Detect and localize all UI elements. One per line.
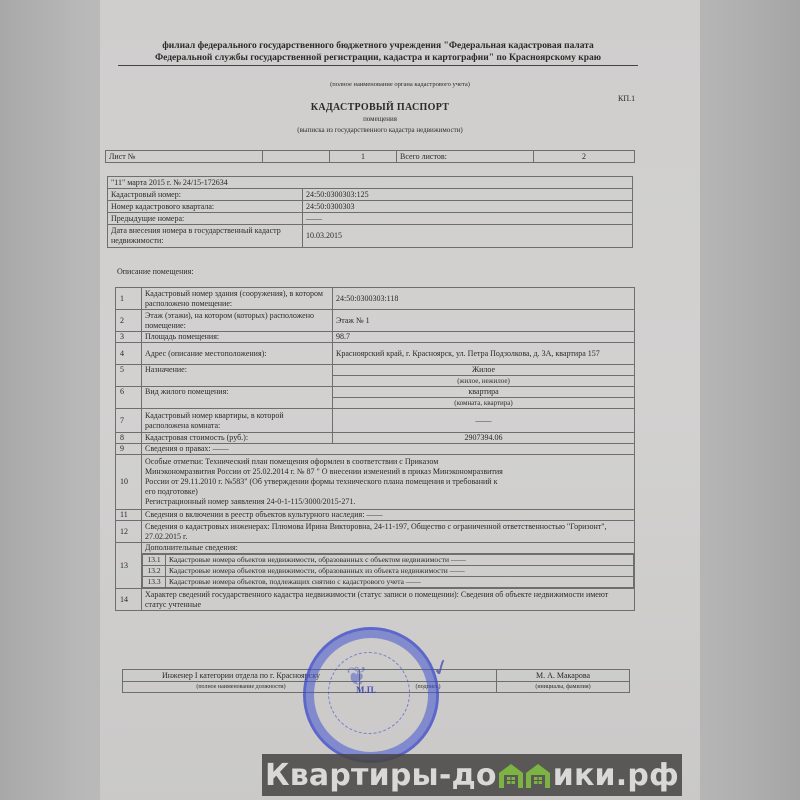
special-notes-line: Минэкономразвития России от 25.02.2014 г… bbox=[145, 467, 631, 477]
premises-type-hint: (комната, квартира) bbox=[333, 398, 635, 409]
subrow-text: Кадастровые номера объектов недвижимости… bbox=[166, 555, 634, 566]
previous-numbers: —— bbox=[303, 213, 633, 225]
document-title: КАДАСТРОВЫЙ ПАСПОРТ bbox=[200, 102, 560, 113]
organization-line-2: Федеральной службы государственной регис… bbox=[118, 52, 638, 66]
watermark-text-start: Квартиры-до bbox=[265, 758, 497, 793]
cadastral-number: 24:50:0300303:125 bbox=[303, 189, 633, 201]
sheet-number: 1 bbox=[330, 151, 397, 163]
subrow-text: Кадастровые номера объектов недвижимости… bbox=[166, 566, 634, 577]
row-number: 8 bbox=[116, 433, 142, 444]
quarter-number: 24:50:0300303 bbox=[303, 201, 633, 213]
document-subtitle: помещения bbox=[200, 115, 560, 123]
official-seal: ❦ М.П. bbox=[303, 627, 439, 763]
row-number: 11 bbox=[116, 510, 142, 521]
row-label: Этаж (этажи), на котором (которых) распо… bbox=[142, 310, 333, 332]
row-number: 10 bbox=[116, 455, 142, 510]
row-label: Кадастровый номер квартиры, в которой ра… bbox=[142, 409, 333, 433]
info-label: Дата внесения номера в государственный к… bbox=[108, 225, 303, 248]
additional-info: Дополнительные сведения: 13.1 Кадастровы… bbox=[142, 543, 635, 589]
sheet-label: Лист № bbox=[106, 151, 263, 163]
row-number: 3 bbox=[116, 332, 142, 343]
row-label: Вид жилого помещения: bbox=[142, 387, 333, 409]
row-number: 6 bbox=[116, 387, 142, 409]
organization-line-1: филиал федерального государственного бюд… bbox=[118, 40, 638, 52]
document-subtitle-2: (выписка из государственного кадастра не… bbox=[200, 126, 560, 134]
special-notes: Особые отметки: Технический план помещен… bbox=[142, 455, 635, 510]
subrow-text: Кадастровые номера объектов, подлежащих … bbox=[166, 577, 634, 588]
row-label: Адрес (описание местоположения): bbox=[142, 343, 333, 365]
registration-date: 10.03.2015 bbox=[303, 225, 633, 248]
watermark-banner: Квартиры-до ики.рф bbox=[262, 754, 682, 796]
row-label: Назначение: bbox=[142, 365, 333, 387]
cadastral-info-table: "11" марта 2015 г. № 24/15-172634 Кадаст… bbox=[107, 176, 633, 248]
row-number: 4 bbox=[116, 343, 142, 365]
total-sheets-label: Всего листов: bbox=[397, 151, 534, 163]
special-notes-line: России от 29.11.2010 г. №583" (Об утверж… bbox=[145, 477, 631, 487]
special-notes-line: его подготовке) bbox=[145, 487, 631, 497]
cultural-heritage-info: Сведения о включении в реестр объектов к… bbox=[142, 510, 635, 521]
subrow-number: 13.3 bbox=[143, 577, 166, 588]
seal-label: М.П. bbox=[356, 685, 376, 695]
total-sheets-value: 2 bbox=[534, 151, 635, 163]
building-cadastral-number: 24:50:0300303:118 bbox=[333, 288, 635, 310]
row-number: 12 bbox=[116, 521, 142, 543]
cadastral-engineers-info: Сведения о кадастровых инженерах: Плюмов… bbox=[142, 521, 635, 543]
purpose-value: Жилое bbox=[333, 365, 635, 376]
additional-info-title: Дополнительные сведения: bbox=[142, 543, 634, 554]
signer-name: М. А. Макарова bbox=[497, 670, 630, 682]
row-label: Кадастровая стоимость (руб.): bbox=[142, 433, 333, 444]
name-caption: (инициалы, фамилия) bbox=[497, 682, 630, 693]
date-line: "11" марта 2015 г. № 24/15-172634 bbox=[108, 177, 633, 189]
organization-header: филиал федерального государственного бюд… bbox=[118, 40, 638, 66]
apartment-cadastral-number: —— bbox=[333, 409, 635, 433]
purpose-hint: (жилое, нежилое) bbox=[333, 376, 635, 387]
area-value: 98.7 bbox=[333, 332, 635, 343]
special-notes-line: Регистрационный номер заявления 24-0-1-1… bbox=[145, 497, 631, 507]
row-number: 2 bbox=[116, 310, 142, 332]
row-number: 7 bbox=[116, 409, 142, 433]
row-number: 5 bbox=[116, 365, 142, 387]
row-label: Кадастровый номер здания (сооружения), в… bbox=[142, 288, 333, 310]
row-number: 14 bbox=[116, 589, 142, 611]
cadastral-value: 2907394.06 bbox=[333, 433, 635, 444]
row-number: 1 bbox=[116, 288, 142, 310]
watermark-text-end: ики.рф bbox=[553, 758, 679, 793]
row-label: Площадь помещения: bbox=[142, 332, 333, 343]
row-number: 9 bbox=[116, 444, 142, 455]
premises-type-value: квартира bbox=[333, 387, 635, 398]
info-label: Номер кадастрового квартала: bbox=[108, 201, 303, 213]
premises-description-table: 1 Кадастровый номер здания (сооружения),… bbox=[115, 287, 635, 611]
house-logo-icon bbox=[498, 761, 552, 789]
subrow-number: 13.1 bbox=[143, 555, 166, 566]
subrow-number: 13.2 bbox=[143, 566, 166, 577]
organization-caption: (полное наименование органа кадастрового… bbox=[250, 81, 550, 88]
record-status-info: Характер сведений государственного кадас… bbox=[142, 589, 635, 611]
floor-value: Этаж № 1 bbox=[333, 310, 635, 332]
description-label: Описание помещения: bbox=[117, 267, 194, 276]
additional-info-subtable: 13.1 Кадастровые номера объектов недвижи… bbox=[142, 554, 634, 588]
form-code: КП.1 bbox=[618, 94, 635, 103]
rights-info: Сведения о правах: —— bbox=[142, 444, 635, 455]
sheet-table: Лист № 1 Всего листов: 2 bbox=[105, 150, 635, 163]
info-label: Предыдущие номера: bbox=[108, 213, 303, 225]
special-notes-line: Особые отметки: Технический план помещен… bbox=[145, 457, 631, 467]
row-number: 13 bbox=[116, 543, 142, 589]
info-label: Кадастровый номер: bbox=[108, 189, 303, 201]
address-value: Красноярский край, г. Красноярск, ул. Пе… bbox=[333, 343, 635, 365]
